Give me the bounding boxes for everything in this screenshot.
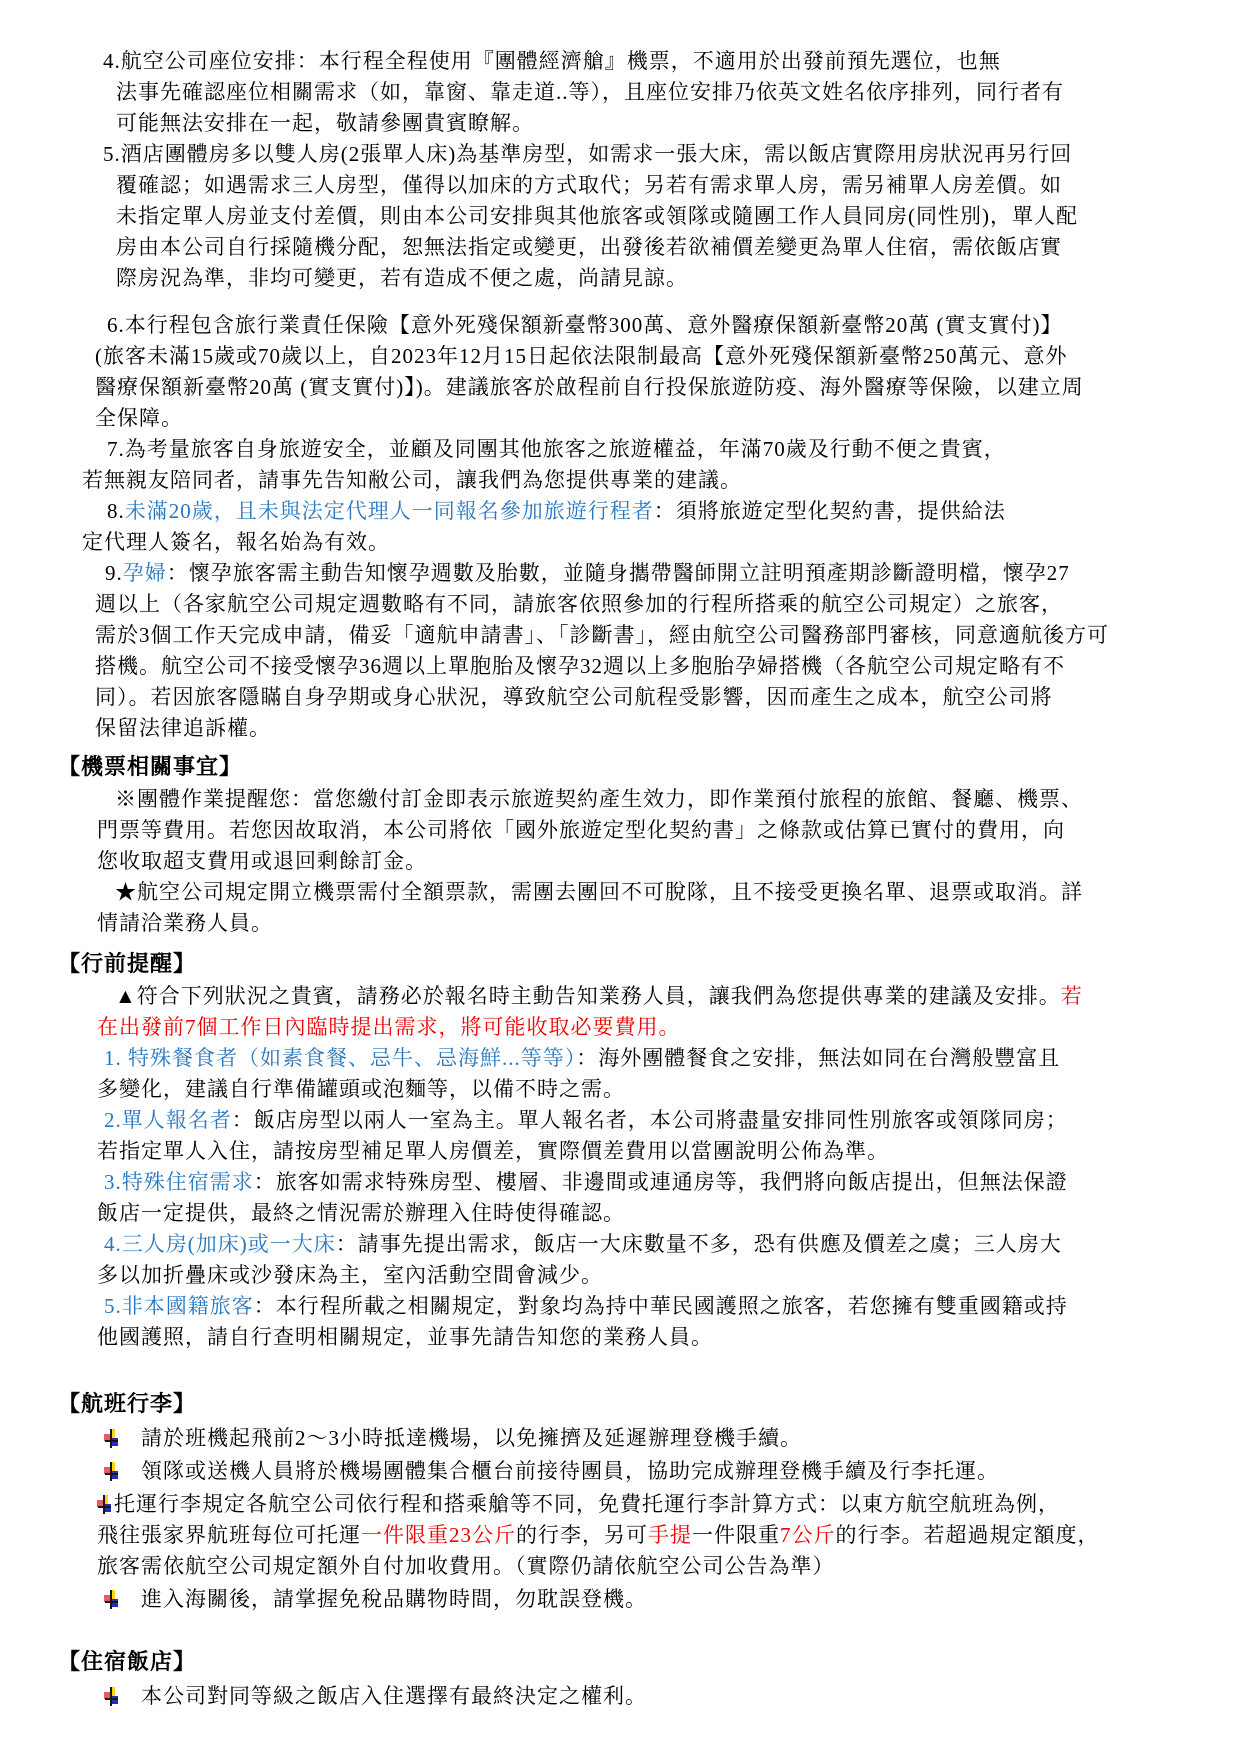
pre-item-1-special-meals: 1. 特殊餐食者（如素食餐、忌牛、忌海鮮...等等）：海外團體餐食之安排，無法如… <box>0 1043 1241 1105</box>
section-header-predeparture-reminder: 【行前提醒】 <box>0 947 1241 981</box>
text-run: 7.為考量旅客自身旅遊安全，並顧及同團其他旅客之旅遊權益，年滿70歲及行動不便之… <box>107 437 1006 461</box>
text-run: 保留法律追訴權。 <box>95 716 271 740</box>
text-run: 的行李，另可 <box>516 1523 648 1547</box>
document-body: 4.航空公司座位安排：本行程全程使用『團體經濟艙』機票，不適用於出發前預先選位，… <box>0 0 1241 1714</box>
luggage-bullet-2-meeting-counter: 領隊或送機人員將於機場團體集合櫃台前接待團員，協助完成辦理登機手續及行李托運。 <box>0 1456 1241 1487</box>
text-run: ：旅客如需求特殊房型、樓層、非邊間或連通房等，我們將向飯店提出，但無法保證 <box>254 1170 1068 1194</box>
item-8-minors: 8.未滿20歲，且未與法定代理人一同報名參加旅遊行程者：須將旅遊定型化契約書，提… <box>0 496 1241 558</box>
text-run: 您收取超支費用或退回剩餘訂金。 <box>97 849 427 873</box>
text-run: 情請洽業務人員。 <box>97 911 273 935</box>
text-run: 9. <box>105 561 123 585</box>
text-run: 4.航空公司座位安排：本行程全程使用『團體經濟艙』機票，不適用於出發前預先選位，… <box>103 49 1001 73</box>
text-run: 同）。若因旅客隱瞞自身孕期或身心狀況，導致航空公司航程受影響，因而產生之成本，航… <box>95 685 1053 709</box>
text-run: 覆確認；如遇需求三人房型，僅得以加床的方式取代；另若有需求單人房，需另補單人房差… <box>116 173 1062 197</box>
para-deposit-reminder: ※團體作業提醒您：當您繳付訂金即表示旅遊契約產生效力，即作業預付旅程的旅館、餐廳… <box>0 784 1241 877</box>
text-run: 一件限重 <box>692 1523 780 1547</box>
text-run: 他國護照，請自行查明相關規定，並事先請告知您的業務人員。 <box>97 1325 713 1349</box>
text-run: ：海外團體餐食之安排，無法如同在台灣般豐富且 <box>576 1046 1060 1070</box>
text-run: 可能無法安排在一起，敬請參團貴賓瞭解。 <box>116 111 534 135</box>
text-run: ：懷孕旅客需主動告知懷孕週數及胎數，並隨身攜帶醫師開立註明預產期診斷證明檔，懷孕… <box>167 561 1070 585</box>
para-notify-staff: ▲符合下列狀況之貴賓，請務必於報名時主動告知業務人員，讓我們為您提供專業的建議及… <box>0 981 1241 1043</box>
text-run: 未指定單人房並支付差價，則由本公司安排與其他旅客或領隊或隨團工作人員同房(同性別… <box>116 204 1078 228</box>
text-run: 若指定單人入住，請按房型補足單人房價差，實際價差費用以當團說明公佈為準。 <box>97 1139 889 1163</box>
hotel-bullet-1-final-decision: 本公司對同等級之飯店入住選擇有最終決定之權利。 <box>0 1681 1241 1712</box>
text-run: 【住宿飯店】 <box>58 1649 196 1674</box>
text-run: 法事先確認座位相關需求（如，靠窗、靠走道..等），且座位安排乃依英文姓名依序排列… <box>116 80 1064 104</box>
text-run: ★航空公司規定開立機票需付全額票款，需團去團回不可脫隊，且不接受更換名單、退票或… <box>115 880 1083 904</box>
text-run: ：須將旅遊定型化契約書，提供給法 <box>654 499 1006 523</box>
item-9-pregnant-travelers: 9.孕婦：懷孕旅客需主動告知懷孕週數及胎數，並隨身攜帶醫師開立註明預產期診斷證明… <box>0 558 1241 744</box>
highlighted-blue-text: 1. 特殊餐食者（如素食餐、忌牛、忌海鮮...等等） <box>104 1046 576 1070</box>
luggage-bullet-3-checked-baggage: 托運行李規定各航空公司依行程和搭乘艙等不同，免費托運行李計算方式：以東方航空航班… <box>0 1489 1241 1582</box>
highlighted-red-text: 7公斤 <box>780 1523 836 1547</box>
luggage-bullet-4-customs: 進入海關後，請掌握免稅品購物時間，勿耽誤登機。 <box>0 1584 1241 1615</box>
text-run: 進入海關後，請掌握免稅品購物時間，勿耽誤登機。 <box>141 1587 647 1611</box>
text-run: 醫療保額新臺幣20萬 (實支實付)】)。建議旅客於啟程前自行投保旅遊防疫、海外醫… <box>95 375 1084 399</box>
text-run: 全保障。 <box>95 406 183 430</box>
highlighted-blue-text: 2.單人報名者 <box>104 1108 232 1132</box>
pre-item-5-foreign-nationals: 5.非本國籍旅客：本行程所載之相關規定，對象均為持中華民國護照之旅客，若您擁有雙… <box>0 1291 1241 1353</box>
text-run: ：請事先提出需求，飯店一大床數量不多，恐有供應及價差之虞；三人房大 <box>336 1232 1062 1256</box>
text-run: 6.本行程包含旅行業責任保險【意外死殘保額新臺幣300萬、意外醫療保額新臺幣20… <box>107 313 1062 337</box>
text-run: 本公司對同等級之飯店入住選擇有最終決定之權利。 <box>141 1684 647 1708</box>
colored-arrow-bullet-icon <box>104 1687 119 1706</box>
document-page: { "colors": { "black": "#000000", "blue"… <box>0 0 1241 1755</box>
luggage-bullet-1-arrival-time: 請於班機起飛前2～3小時抵達機場，以免擁擠及延遲辦理登機手續。 <box>0 1423 1241 1454</box>
text-run: 門票等費用。若您因故取消，本公司將依「國外旅遊定型化契約書」之條款或估算已實付的… <box>97 818 1065 842</box>
pre-item-2-single-registrant: 2.單人報名者：飯店房型以兩人一室為主。單人報名者，本公司將盡量安排同性別旅客或… <box>0 1105 1241 1167</box>
text-run: 定代理人簽名，報名始為有效。 <box>82 530 390 554</box>
section-header-flight-luggage: 【航班行李】 <box>0 1387 1241 1421</box>
text-run: 8. <box>107 499 125 523</box>
highlighted-red-text: 若 <box>1061 984 1083 1008</box>
highlighted-red-text: 手提 <box>648 1523 692 1547</box>
para-ticket-rule: ★航空公司規定開立機票需付全額票款，需團去團回不可脫隊，且不接受更換名單、退票或… <box>0 877 1241 939</box>
text-run: 【機票相關事宜】 <box>58 754 242 779</box>
item-4-airline-seating: 4.航空公司座位安排：本行程全程使用『團體經濟艙』機票，不適用於出發前預先選位，… <box>0 46 1241 139</box>
colored-arrow-bullet-icon <box>104 1462 119 1481</box>
text-run: 的行李。若超過規定額度， <box>836 1523 1100 1547</box>
text-run: 旅客需依航空公司規定額外自付加收費用。（實際仍請依航空公司公告為準） <box>97 1554 835 1578</box>
text-run: 搭機。航空公司不接受懷孕36週以上單胞胎及懷孕32週以上多胞胎孕婦搭機（各航空公… <box>95 654 1065 678</box>
highlighted-blue-text: 3.特殊住宿需求 <box>104 1170 254 1194</box>
colored-arrow-bullet-icon <box>104 1590 119 1609</box>
colored-arrow-bullet-icon <box>104 1429 119 1448</box>
pre-item-4-triple-room: 4.三人房(加床)或一大床：請事先提出需求，飯店一大床數量不多，恐有供應及價差之… <box>0 1229 1241 1291</box>
text-run: (旅客未滿15歲或70歲以上，自2023年12月15日起依法限制最高【意外死殘保… <box>95 344 1068 368</box>
highlighted-blue-text: 未滿20歲，且未與法定代理人一同報名參加旅遊行程者 <box>125 499 654 523</box>
text-run: ▲符合下列狀況之貴賓，請務必於報名時主動告知業務人員，讓我們為您提供專業的建議及… <box>115 984 1061 1008</box>
text-run: 5.酒店團體房多以雙人房(2張單人床)為基準房型，如需求一張大床，需以飯店實際用… <box>103 142 1072 166</box>
text-run: 托運行李規定各航空公司依行程和搭乘艙等不同，免費托運行李計算方式：以東方航空航班… <box>114 1492 1060 1516</box>
text-run: 請於班機起飛前2～3小時抵達機場，以免擁擠及延遲辦理登機手續。 <box>141 1426 802 1450</box>
text-run: 【航班行李】 <box>58 1391 196 1416</box>
item-6-travel-insurance: 6.本行程包含旅行業責任保險【意外死殘保額新臺幣300萬、意外醫療保額新臺幣20… <box>0 310 1241 434</box>
text-run: 房由本公司自行採隨機分配，恕無法指定或變更，出發後若欲補價差變更為單人住宿，需依… <box>116 235 1062 259</box>
text-run: 多以加折疊床或沙發床為主，室內活動空間會減少。 <box>97 1263 603 1287</box>
highlighted-blue-text: 4.三人房(加床)或一大床 <box>104 1232 336 1256</box>
text-run: 際房況為準，非均可變更，若有造成不便之處，尚請見諒。 <box>116 266 688 290</box>
highlighted-red-text: 一件限重23公斤 <box>361 1523 516 1547</box>
text-run: ：飯店房型以兩人一室為主。單人報名者，本公司將盡量安排同性別旅客或領隊同房； <box>232 1108 1068 1132</box>
text-run: 【行前提醒】 <box>58 951 196 976</box>
item-5-hotel-rooms: 5.酒店團體房多以雙人房(2張單人床)為基準房型，如需求一張大床，需以飯店實際用… <box>0 139 1241 294</box>
text-run: 飛往張家界航班每位可托運 <box>97 1523 361 1547</box>
text-run: ：本行程所載之相關規定，對象均為持中華民國護照之旅客，若您擁有雙重國籍或持 <box>254 1294 1068 1318</box>
text-run: 飯店一定提供，最終之情況需於辦理入住時使得確認。 <box>97 1201 625 1225</box>
highlighted-blue-text: 孕婦 <box>123 561 167 585</box>
item-7-senior-travelers: 7.為考量旅客自身旅遊安全，並顧及同團其他旅客之旅遊權益，年滿70歲及行動不便之… <box>0 434 1241 496</box>
pre-item-3-special-lodging: 3.特殊住宿需求：旅客如需求特殊房型、樓層、非邊間或連通房等，我們將向飯店提出，… <box>0 1167 1241 1229</box>
text-run: ※團體作業提醒您：當您繳付訂金即表示旅遊契約產生效力，即作業預付旅程的旅館、餐廳… <box>115 787 1083 811</box>
section-header-ticket-matters: 【機票相關事宜】 <box>0 750 1241 784</box>
colored-arrow-bullet-icon <box>97 1495 112 1514</box>
text-run: 領隊或送機人員將於機場團體集合櫃台前接待團員，協助完成辦理登機手續及行李托運。 <box>141 1459 999 1483</box>
section-header-hotel: 【住宿飯店】 <box>0 1645 1241 1679</box>
text-run: 週以上（各家航空公司規定週數略有不同，請旅客依照參加的行程所搭乘的航空公司規定）… <box>95 592 1063 616</box>
text-run: 多變化，建議自行準備罐頭或泡麵等，以備不時之需。 <box>97 1077 625 1101</box>
highlighted-blue-text: 5.非本國籍旅客 <box>104 1294 254 1318</box>
text-run: 需於3個工作天完成申請，備妥「適航申請書」、「診斷書」，經由航空公司醫務部門審核… <box>95 623 1109 647</box>
text-run: 若無親友陪同者，請事先告知敝公司，讓我們為您提供專業的建議。 <box>82 468 742 492</box>
highlighted-red-text: 在出發前7個工作日內臨時提出需求，將可能收取必要費用。 <box>97 1015 681 1039</box>
